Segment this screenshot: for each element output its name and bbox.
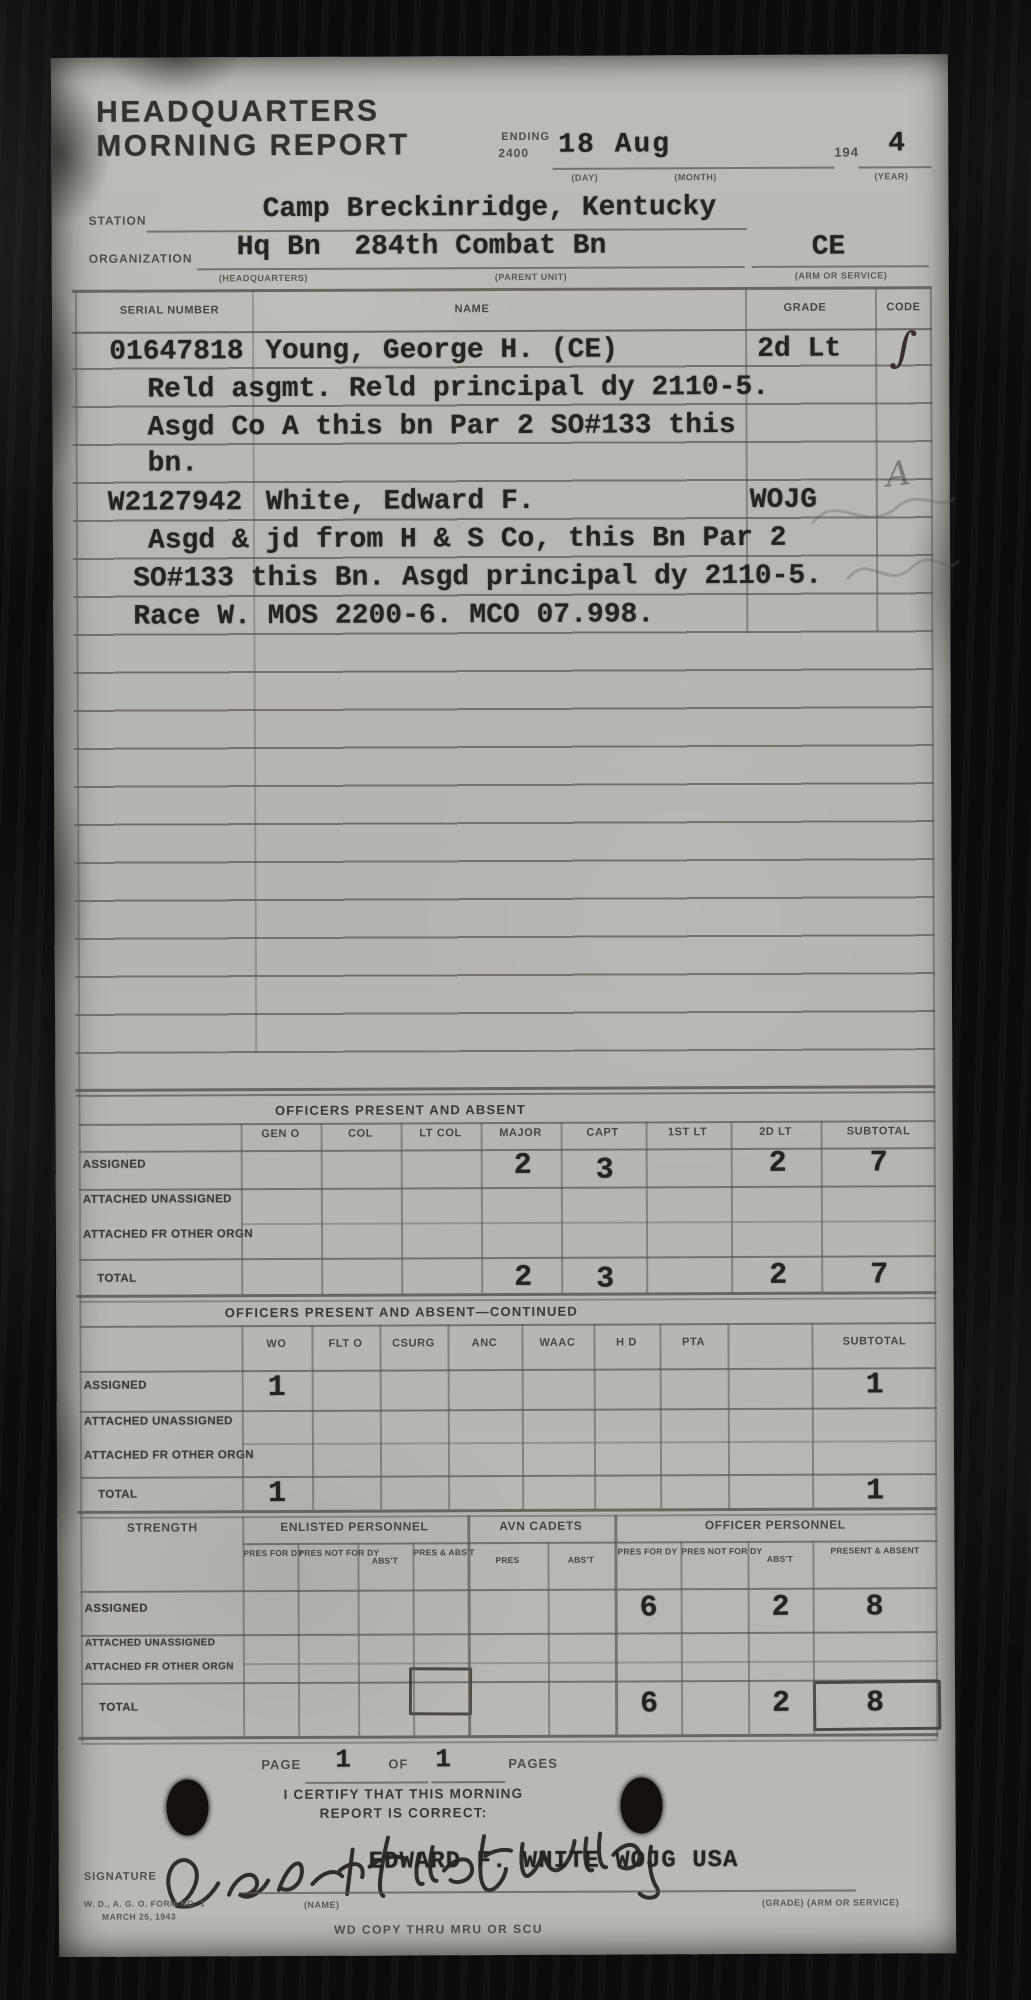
- strength-assigned-off-total: 8: [858, 1590, 892, 1624]
- col-major: MAJOR: [491, 1127, 551, 1139]
- grade-header: GRADE: [750, 301, 860, 313]
- continued-row-total-label: TOTAL: [98, 1489, 137, 1501]
- year-digit: 4: [888, 128, 905, 159]
- signature-label: SIGNATURE: [84, 1871, 157, 1883]
- subcol-off-abst: ABS'T: [748, 1554, 811, 1564]
- entry1-grade: 2d Lt: [757, 334, 841, 365]
- total-major-count: 2: [506, 1261, 540, 1295]
- strength-total-off-pres: 6: [632, 1687, 666, 1721]
- total-subtotal2-count: 1: [858, 1474, 892, 1508]
- ending-label: ENDING: [501, 131, 550, 143]
- typed-signature-name: EDWARD F. WHITE WOJG USA: [369, 1847, 739, 1876]
- grade-caption-label: (GRADE) (ARM OR SERVICE): [762, 1897, 899, 1908]
- subcol-off-pres-not-for-dy: PRES NOT FOR DY: [681, 1546, 746, 1556]
- officers-table-title: OFFICERS PRESENT AND ABSENT: [120, 1101, 680, 1118]
- assigned-major-count: 2: [506, 1149, 540, 1183]
- subcol-en-pres-for-dy: PRES FOR DY: [243, 1548, 296, 1558]
- col-pta: PTA: [663, 1336, 723, 1348]
- subcol-en-pres-abst: PRES & ABS'T: [413, 1547, 466, 1557]
- hand-drawn-box-total-cell: [813, 1680, 942, 1731]
- col-subtotal: SUBTOTAL: [833, 1125, 925, 1137]
- report-date-value: 18 Aug: [558, 129, 671, 160]
- strength-total-off-abst: 2: [764, 1687, 798, 1721]
- month-label: (MONTH): [674, 172, 717, 182]
- group-officer-label: OFFICER PERSONNEL: [616, 1517, 934, 1532]
- assigned-subtotal-count: 7: [862, 1146, 896, 1180]
- strength-row-total-label: TOTAL: [99, 1702, 138, 1714]
- hand-drawn-box-empty-cell: [409, 1667, 472, 1715]
- subcol-en-pres-not-for-d: PRES NOT FOR DY: [298, 1548, 356, 1558]
- entry1-remarks-line1: Reld asgmt. Reld principal dy 2110-5.: [147, 372, 769, 406]
- subcol-avn-pres: PRES: [468, 1555, 546, 1565]
- col-waac: WAAC: [527, 1337, 587, 1349]
- ink-stamp-dot-left: [166, 1779, 208, 1835]
- assigned-capt-count: 3: [588, 1154, 622, 1188]
- entry2-remarks-line3: Race W. MOS 2200-6. MCO 07.998.: [133, 599, 654, 632]
- form-title-line1: HEADQUARTERS: [96, 95, 380, 130]
- entry1-name: Young, George H. (CE): [265, 335, 618, 368]
- col-wo: WO: [246, 1338, 306, 1350]
- arm-service-value: CE: [812, 232, 846, 263]
- continued-row-assigned-label: ASSIGNED: [84, 1380, 147, 1392]
- page-number: 1: [335, 1745, 351, 1775]
- faded-handwritten-note2: [843, 546, 963, 599]
- total-subtotal-count: 7: [862, 1258, 896, 1292]
- strength-assigned-off-pres: 6: [632, 1591, 666, 1625]
- strength-row-attached-fr-label: ATTACHED FR OTHER ORGN: [85, 1661, 195, 1673]
- total-wo-count: 1: [260, 1477, 294, 1511]
- year-prefix: 194: [834, 144, 859, 159]
- code-header: CODE: [875, 301, 932, 313]
- entry2-remarks-line1: Asgd & jd from H & S Co, this Bn Par 2: [148, 523, 787, 557]
- day-label: (DAY): [571, 173, 598, 183]
- strength-row-assigned-label: ASSIGNED: [85, 1603, 148, 1615]
- entry2-name: White, Edward F.: [266, 486, 535, 518]
- col-gen-o: GEN O: [251, 1128, 311, 1140]
- total-pages: 1: [435, 1744, 451, 1774]
- ending-time: 2400: [498, 146, 529, 160]
- entry2-serial: W2127942: [108, 487, 243, 519]
- pages-label: PAGES: [508, 1756, 558, 1771]
- col-1st-lt: 1ST LT: [658, 1126, 718, 1138]
- page-label: PAGE: [261, 1757, 301, 1772]
- assigned-subtotal2-count: 1: [858, 1368, 892, 1402]
- subcol-off-pres-for-dy: PRES FOR DY: [615, 1546, 679, 1556]
- continued-row-attached-fr-label: ATTACHED FR OTHER ORGN: [84, 1448, 194, 1463]
- arm-service-label: (ARM OR SERVICE): [795, 270, 887, 280]
- entry2-remarks-line2: SO#133 this Bn. Asgd principal dy 2110-5…: [133, 561, 822, 595]
- strength-row-attached-unassigned-label: ATTACHED UNASSIGNED: [85, 1637, 195, 1649]
- col-subtotal2: SUBTOTAL: [828, 1335, 920, 1347]
- col-lt-col: LT COL: [411, 1127, 471, 1139]
- officers-row-attached-fr-label: ATTACHED FR OTHER ORGN: [83, 1227, 193, 1242]
- col-csurg: CSURG: [381, 1337, 445, 1349]
- name-header: NAME: [412, 303, 532, 316]
- morning-report-document: HEADQUARTERS MORNING REPORT ENDING 2400 …: [0, 0, 1031, 2000]
- form-title-line2: MORNING REPORT: [96, 128, 409, 163]
- station-label: STATION: [89, 214, 147, 228]
- subcol-avn-abst: ABS'T: [548, 1555, 613, 1565]
- routing-instruction: WD COPY THRU MRU OR SCU: [334, 1922, 543, 1937]
- group-avn-cadets-label: AVN CADETS: [469, 1519, 612, 1534]
- officers-row-attached-unassigned-label: ATTACHED UNASSIGNED: [83, 1192, 193, 1207]
- station-value: Camp Breckinridge, Kentucky: [262, 192, 716, 225]
- col-2d-lt: 2D LT: [746, 1126, 806, 1138]
- scanned-film-background: HEADQUARTERS MORNING REPORT ENDING 2400 …: [0, 0, 1031, 2000]
- entry1-remarks-line2: Asgd Co A this bn Par 2 SO#133 this: [147, 410, 735, 444]
- serial-number-header: SERIAL NUMBER: [102, 304, 237, 317]
- officers-row-total-label: TOTAL: [97, 1273, 136, 1285]
- total-2dlt-count: 2: [761, 1259, 795, 1293]
- strength-corner-label: STRENGTH: [97, 1520, 227, 1535]
- name-caption-label: (NAME): [304, 1900, 340, 1910]
- subcol-en-abst: ABS'T: [358, 1555, 411, 1565]
- parent-unit-label: (PARENT UNIT): [495, 272, 567, 282]
- col-hd: H D: [596, 1336, 656, 1348]
- col-capt: CAPT: [573, 1126, 633, 1138]
- assigned-wo-count: 1: [260, 1371, 294, 1405]
- officers-continued-title: OFFICERS PRESENT AND ABSENT—CONTINUED: [121, 1303, 681, 1320]
- form-revision-date: MARCH 25, 1943: [102, 1911, 176, 1921]
- entry1-serial: 01647818: [109, 336, 244, 368]
- organization-value: Hq Bn 284th Combat Bn: [237, 231, 607, 264]
- headquarters-label: (HEADQUARTERS): [219, 273, 308, 283]
- organization-label: ORGANIZATION: [89, 251, 193, 265]
- assigned-2dlt-count: 2: [761, 1147, 795, 1181]
- subcol-off-present-absent: PRESENT & ABSENT: [813, 1545, 936, 1556]
- officers-row-assigned-label: ASSIGNED: [83, 1159, 146, 1171]
- col-anc: ANC: [454, 1337, 514, 1349]
- strength-assigned-off-abst: 2: [764, 1591, 798, 1625]
- col-col: COL: [331, 1128, 391, 1140]
- form-id: W. D., A. G. O. FORM NO. 1: [84, 1898, 205, 1909]
- entry1-remarks-line3: bn.: [148, 448, 199, 479]
- faded-handwritten-note: [808, 480, 958, 543]
- col-flt-o: FLT O: [315, 1338, 375, 1350]
- group-enlisted-label: ENLISTED PERSONNEL: [244, 1519, 464, 1534]
- continued-row-attached-unassigned-label: ATTACHED UNASSIGNED: [84, 1414, 194, 1429]
- year-label: (YEAR): [874, 171, 908, 181]
- of-label: OF: [388, 1756, 408, 1771]
- certify-line1: I CERTIFY THAT THIS MORNING: [243, 1786, 563, 1802]
